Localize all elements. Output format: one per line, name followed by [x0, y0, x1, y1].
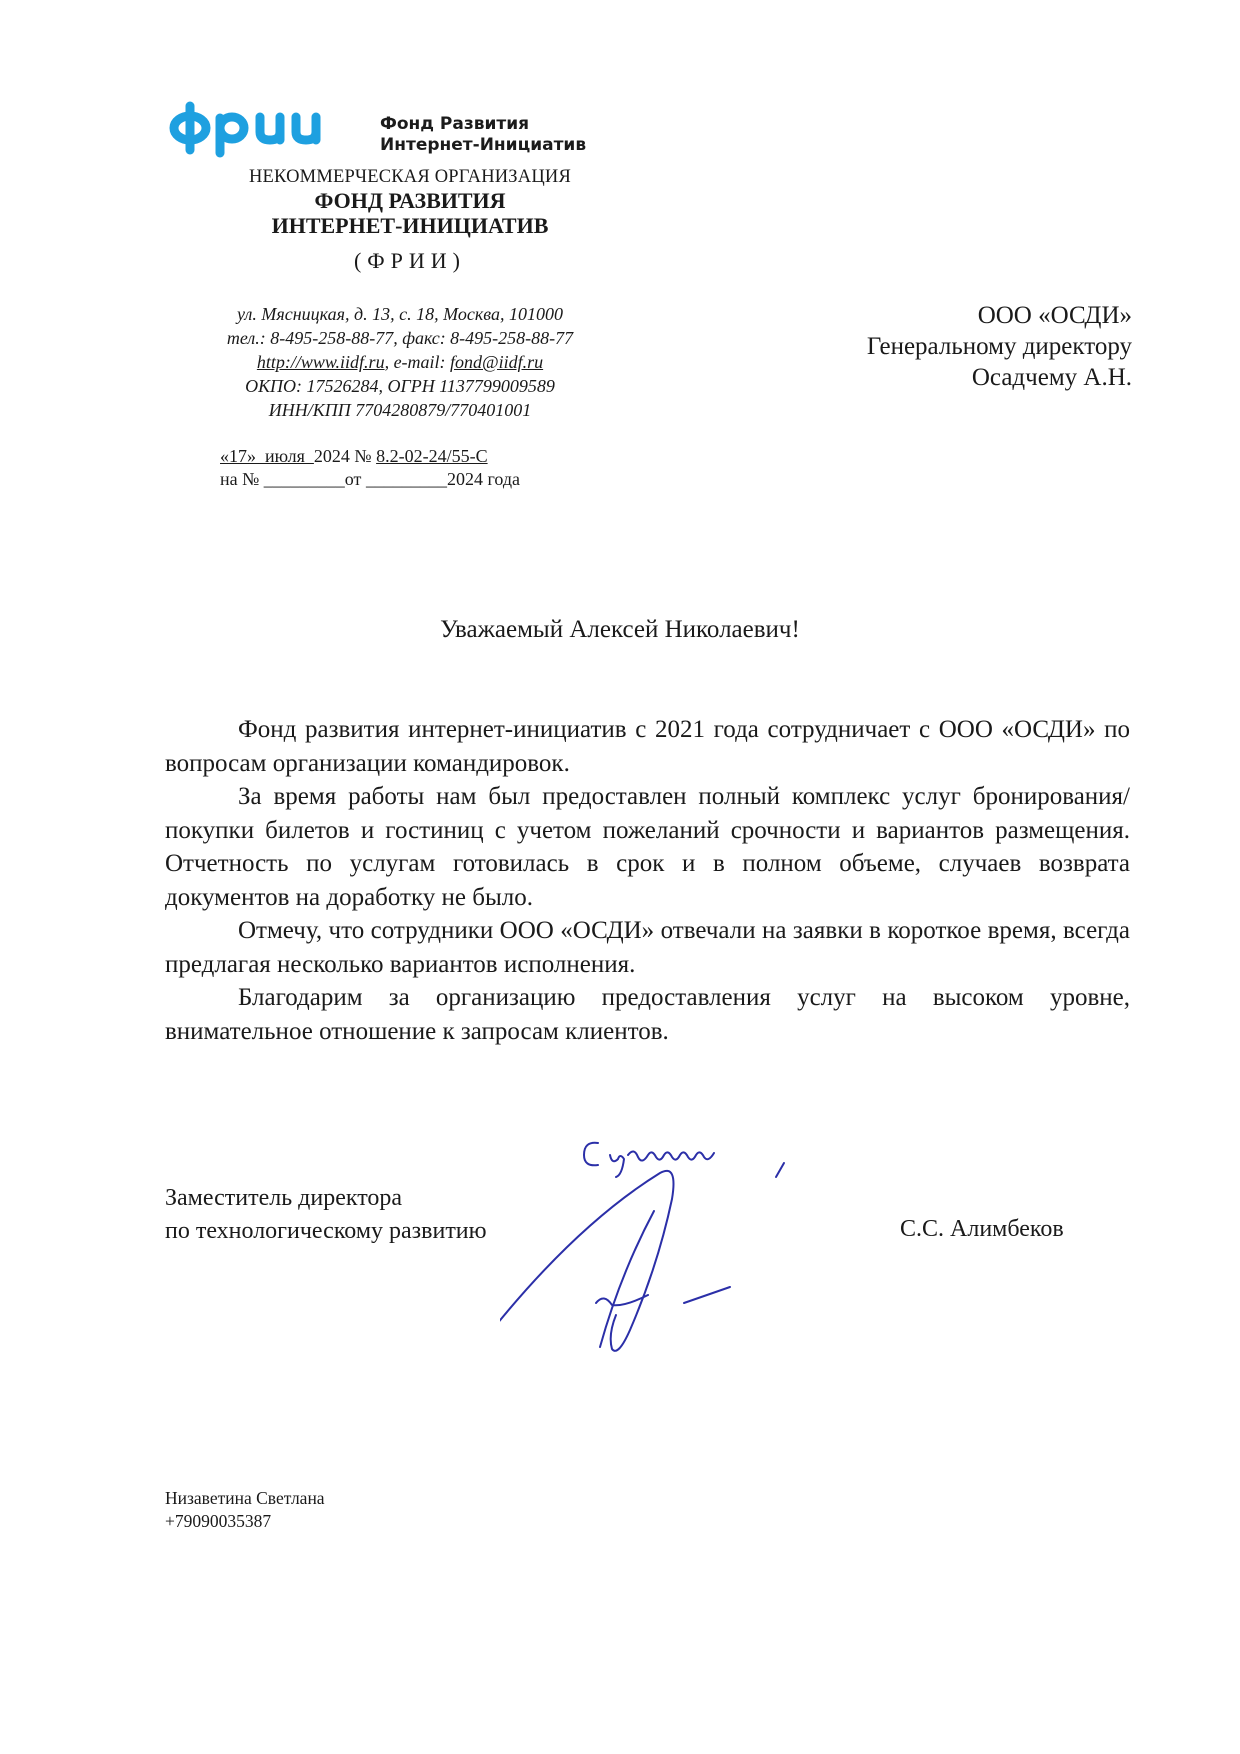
- frii-logo-icon: [168, 98, 338, 158]
- executor-block: Низаветина Светлана +79090035387: [165, 1487, 325, 1533]
- letter-page: Фонд Развития Интернет-Инициатив НЕКОММЕ…: [0, 0, 1240, 1754]
- tagline-line-1: Фонд Развития: [380, 114, 586, 135]
- org-type: НЕКОММЕРЧЕСКАЯ ОРГАНИЗАЦИЯ: [190, 166, 630, 188]
- number-label: №: [350, 446, 376, 466]
- reply-number-blank: _________: [264, 469, 345, 489]
- logo-tagline: Фонд Развития Интернет-Инициатив: [380, 114, 586, 156]
- reply-from: от: [345, 469, 366, 489]
- org-name-line-2: ИНТЕРНЕТ-ИНИЦИАТИВ: [190, 213, 630, 238]
- website-link[interactable]: http://www.iidf.ru: [257, 352, 385, 372]
- executor-name: Низаветина Светлана: [165, 1487, 325, 1510]
- tagline-line-2: Интернет-Инициатив: [380, 135, 586, 156]
- executor-phone: +79090035387: [165, 1510, 325, 1533]
- signer-title-line-1: Заместитель директора: [165, 1182, 487, 1215]
- letter-body: Фонд развития интернет-инициатив с 2021 …: [165, 713, 1130, 1048]
- date-month: июля: [256, 446, 314, 466]
- signer-title: Заместитель директора по технологическом…: [165, 1182, 487, 1248]
- outgoing-number-line: «17» июля 2024 № 8.2-02-24/55-С: [220, 445, 600, 468]
- org-header: НЕКОММЕРЧЕСКАЯ ОРГАНИЗАЦИЯ ФОНД РАЗВИТИЯ…: [190, 166, 630, 274]
- inn-kpp: ИНН/КПП 7704280879/770401001: [180, 398, 620, 422]
- recipient-position: Генеральному директору: [867, 331, 1132, 362]
- body-paragraph-1: Фонд развития интернет-инициатив с 2021 …: [165, 713, 1130, 780]
- org-name-line-1: ФОНД РАЗВИТИЯ: [190, 188, 630, 213]
- salutation: Уважаемый Алексей Николаевич!: [0, 616, 1240, 644]
- recipient-name: Осадчему А.Н.: [867, 362, 1132, 393]
- body-paragraph-2: За время работы нам был предоставлен пол…: [165, 780, 1130, 914]
- body-paragraph-3: Отмечу, что сотрудники ООО «ОСДИ» отвеча…: [165, 914, 1130, 981]
- date-year: 2024: [314, 446, 350, 466]
- email-link[interactable]: fond@iidf.ru: [450, 352, 543, 372]
- web-email-line: http://www.iidf.ru, e-mail: fond@iidf.ru: [180, 350, 620, 374]
- registration-block: «17» июля 2024 № 8.2-02-24/55-С на № ___…: [220, 445, 600, 491]
- handwritten-signature-icon: [500, 1125, 880, 1385]
- address: ул. Мясницкая, д. 13, с. 18, Москва, 101…: [180, 302, 620, 326]
- reply-prefix: на №: [220, 469, 264, 489]
- recipient-company: ООО «ОСДИ»: [867, 300, 1132, 331]
- phone-fax: тел.: 8-495-258-88-77, факс: 8-495-258-8…: [180, 326, 620, 350]
- org-contacts: ул. Мясницкая, д. 13, с. 18, Москва, 101…: [180, 302, 620, 422]
- signer-name: С.С. Алимбеков: [900, 1216, 1064, 1243]
- reply-to-line: на № _________от _________2024 года: [220, 468, 600, 491]
- body-paragraph-4: Благодарим за организацию предоставления…: [165, 981, 1130, 1048]
- email-label: , e-mail:: [385, 352, 450, 372]
- signer-title-line-2: по технологическому развитию: [165, 1215, 487, 1248]
- date-day: «17»: [220, 446, 256, 466]
- reply-year: 2024 года: [447, 469, 520, 489]
- reply-date-blank: _________: [366, 469, 447, 489]
- recipient-block: ООО «ОСДИ» Генеральному директору Осадче…: [867, 300, 1132, 393]
- okpo-ogrn: ОКПО: 17526284, ОГРН 1137799009589: [180, 374, 620, 398]
- org-abbreviation: (ФРИИ): [190, 248, 630, 274]
- outgoing-number: 8.2-02-24/55-С: [376, 446, 488, 466]
